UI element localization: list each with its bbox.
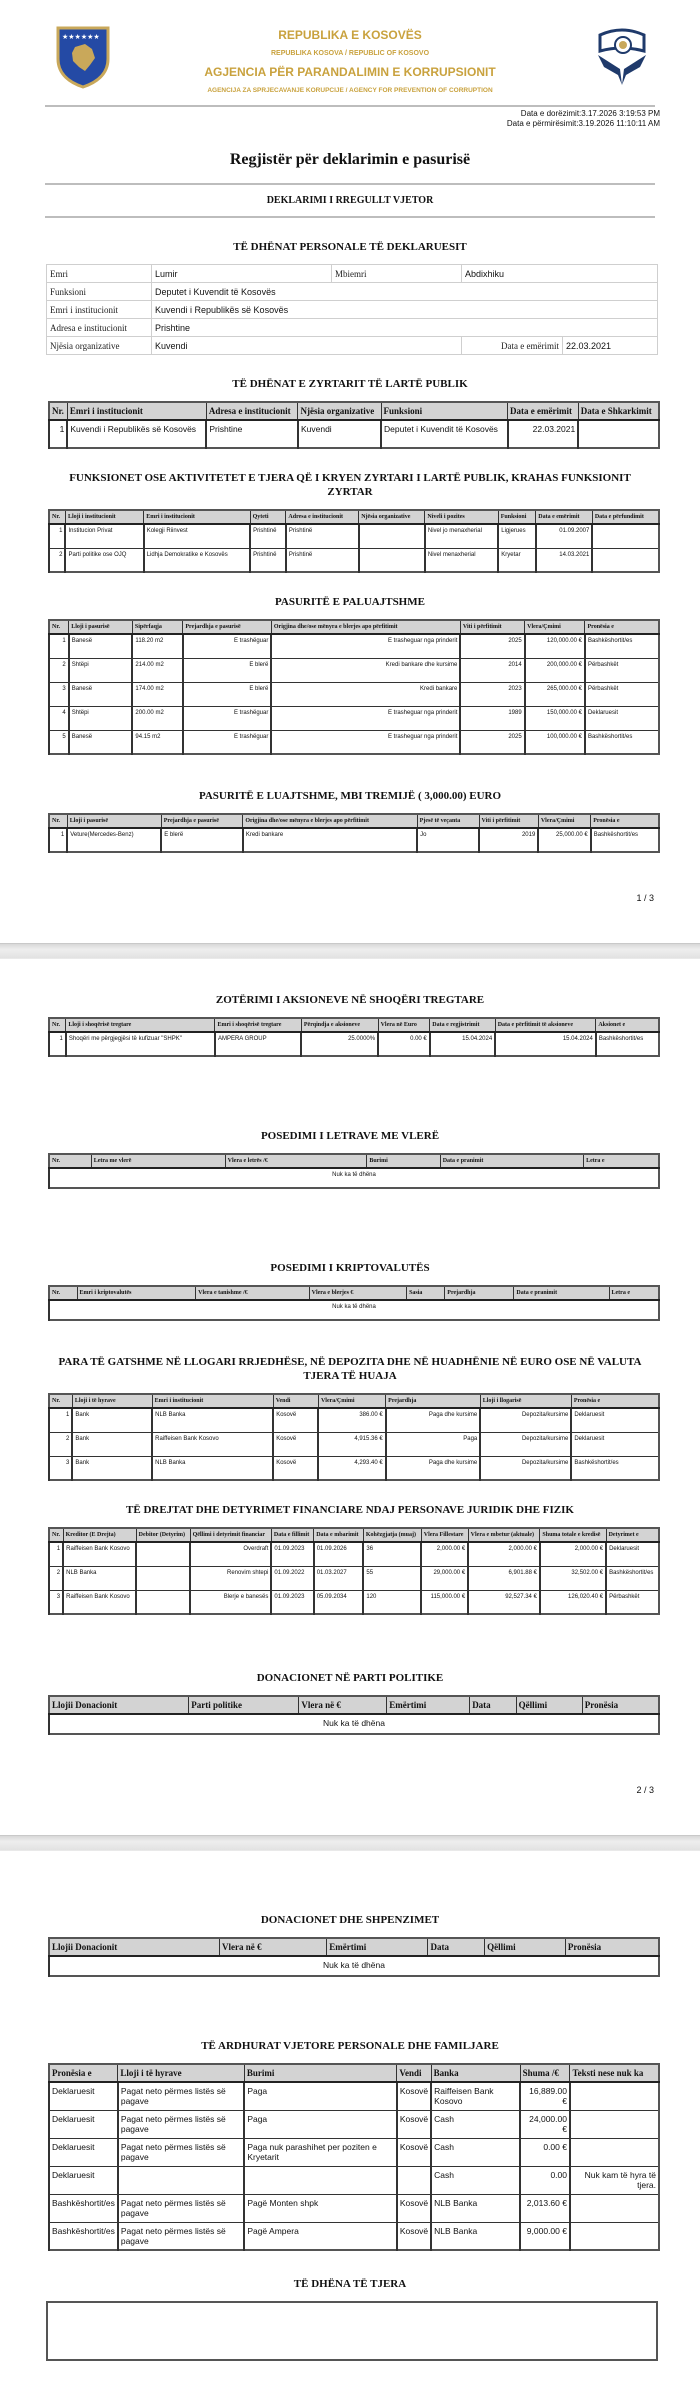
official-table: Nr.Emri i institucionitAdresa e instituc… — [48, 401, 660, 449]
table-row: 2Shtëpi214.00 m2E blerëKredi bankare dhe… — [49, 658, 659, 682]
table-cell: Shoqëri me përgjegjësi të kufizuar "SHPK… — [66, 1032, 215, 1056]
table-cell: 2,000.00 € — [421, 1542, 468, 1566]
table-cell: Lidhja Demokratike e Kosovës — [144, 548, 250, 572]
table-cell: 1 — [49, 634, 69, 658]
table-header-row: Nr.Emri i institucionitAdresa e instituc… — [49, 402, 659, 420]
column-header: Funksioni — [381, 402, 508, 420]
empty-row: Nuk ka të dhëna — [49, 1168, 659, 1188]
functions-title: FUNKSIONET OSE AKTIVITETET E TJERA QË I … — [50, 471, 650, 499]
column-header: Pronësia e — [585, 620, 659, 634]
table-cell — [570, 2138, 659, 2166]
address-value: Prishtine — [152, 319, 658, 337]
column-header: Viti i përfitimit — [479, 814, 538, 828]
empty-row: Nuk ka të dhëna — [49, 1956, 659, 1976]
crypto-title: POSEDIMI I KRIPTOVALUTËS — [50, 1261, 650, 1275]
table-cell: Shtëpi — [69, 706, 133, 730]
column-header: Data e pranimit — [514, 1286, 609, 1300]
table-cell: 24,000.00 € — [520, 2110, 570, 2138]
column-header: Qëllimi — [516, 1696, 582, 1714]
column-header: Banka — [431, 2064, 520, 2082]
table-row: DeklaruesitPagat neto përmes listës së p… — [49, 2110, 659, 2138]
table-cell: 5 — [49, 730, 69, 754]
table-header-row: Pronësia eLloji i të hyraveBurimiVendiBa… — [49, 2064, 659, 2082]
document-header: ★★★★★★ REPUBLIKA E KOSOVËS REPUBLIKA KOS… — [0, 0, 700, 105]
table-cell: NLB Banka — [431, 2194, 520, 2222]
table-cell: 1 — [49, 524, 65, 548]
table-cell: Deklaruesit — [49, 2166, 118, 2194]
table-row: DeklaruesitPagat neto përmes listës së p… — [49, 2138, 659, 2166]
table-cell: AMPERA GROUP — [215, 1032, 301, 1056]
table-cell: 01.09.2026 — [314, 1542, 364, 1566]
table-cell: Pagat neto përmes listës së pagave — [118, 2082, 244, 2110]
table-row: 3Raiffeisen Bank KosovoBlerje e banesës0… — [49, 1590, 659, 1614]
column-header: Vendi — [397, 2064, 431, 2082]
table-cell: Kolegji Riinvest — [144, 524, 250, 548]
function-value: Deputet i Kuvendit të Kosovës — [152, 283, 658, 301]
functions-table: Nr.Lloji i institucionitEmri i instituci… — [48, 509, 660, 573]
table-cell: 01.03.2027 — [314, 1566, 364, 1590]
column-header: Debitor (Detyrim) — [136, 1528, 190, 1542]
other-data-box — [46, 2301, 658, 2361]
table-cell — [570, 2222, 659, 2250]
table-cell: Raiffeisen Bank Kosovo — [431, 2082, 520, 2110]
personal-data-title: TË DHËNAT PERSONALE TË DEKLARUESIT — [50, 240, 650, 254]
party-donations-table: Llojii DonacionitParti politikeVlera në … — [48, 1695, 660, 1735]
column-header: Nr. — [49, 510, 65, 524]
table-row: 5Banesë94.15 m2E trashëguarE trasheguar … — [49, 730, 659, 754]
table-row: Bashkëshortit/esPagat neto përmes listës… — [49, 2222, 659, 2250]
table-cell: 1 — [49, 1408, 72, 1432]
table-cell: Pagë Ampera — [244, 2222, 397, 2250]
table-cell: Bashkëshortit/es — [591, 828, 659, 852]
column-header: Llojii Donacionit — [49, 1696, 189, 1714]
column-header: Lloji i të hyrave — [118, 2064, 244, 2082]
liabilities-table: Nr.Kreditor (E Drejta)Debitor (Detyrim)Q… — [48, 1527, 660, 1615]
page-1: ★★★★★★ REPUBLIKA E KOSOVËS REPUBLIKA KOS… — [0, 0, 700, 943]
column-header: Data e regjistrimit — [430, 1018, 495, 1032]
column-header: Vlera në € — [220, 1938, 327, 1956]
table-cell: 22.03.2021 — [508, 420, 579, 448]
table-cell: Kosovë — [397, 2110, 431, 2138]
table-cell: Pagat neto përmes listës së pagave — [118, 2222, 244, 2250]
crypto-table: Nr.Emri i kriptovalutësVlera e tanishme … — [48, 1285, 660, 1321]
column-header: Vlera e tanishme /€ — [196, 1286, 309, 1300]
table-row: 1BankNLB BankaKosovë386.00 €Paga dhe kur… — [49, 1408, 659, 1432]
column-header: Detyrimet e — [606, 1528, 659, 1542]
table-cell: Paga dhe kursime — [386, 1408, 481, 1432]
table-cell: 118.20 m2 — [132, 634, 182, 658]
function-label: Funksioni — [47, 283, 152, 301]
table-cell: Prishtinë — [286, 524, 359, 548]
column-header: Data — [428, 1938, 485, 1956]
table-cell: 126,020.40 € — [540, 1590, 606, 1614]
column-header: Vlera në Euro — [378, 1018, 430, 1032]
table-cell: Bashkëshortit/es — [606, 1566, 659, 1590]
table-cell: 36 — [363, 1542, 421, 1566]
table-cell: Banesë — [69, 682, 133, 706]
name-label: Emri — [47, 265, 152, 283]
unit-label: Njësia organizative — [47, 337, 152, 355]
table-cell: Kosovë — [397, 2082, 431, 2110]
column-header: Nr. — [49, 814, 67, 828]
column-header: Nr. — [49, 1018, 66, 1032]
table-cell: Cash — [431, 2110, 520, 2138]
table-header-row: Nr.Lloji i shoqërisë tregtareEmri i shoq… — [49, 1018, 659, 1032]
column-header: Vlera në € — [299, 1696, 387, 1714]
column-header: Qyteti — [250, 510, 286, 524]
securities-title: POSEDIMI I LETRAVE ME VLERË — [50, 1129, 650, 1143]
table-cell — [359, 524, 425, 548]
column-header: Pronësia — [582, 1696, 659, 1714]
surname-value: Abdixhiku — [462, 265, 658, 283]
empty-row: Nuk ka të dhëna — [49, 1714, 659, 1734]
table-cell: 55 — [363, 1566, 421, 1590]
table-cell: Deklaruesit — [585, 706, 659, 730]
table-cell — [136, 1542, 190, 1566]
table-cell — [397, 2166, 431, 2194]
column-header: Vlera e blerjes € — [309, 1286, 406, 1300]
table-cell: 2,013.60 € — [520, 2194, 570, 2222]
table-cell: 2025 — [460, 730, 524, 754]
table-cell: 200,000.00 € — [525, 658, 585, 682]
table-cell: E blerë — [183, 658, 271, 682]
table-cell: Prishtinë — [250, 548, 286, 572]
column-header: Nr. — [49, 1154, 91, 1168]
table-cell: 2,000.00 € — [468, 1542, 540, 1566]
table-cell: Pagat neto përmes listës së pagave — [118, 2110, 244, 2138]
table-cell: Bank — [72, 1432, 152, 1456]
table-cell: Pagat neto përmes listës së pagave — [118, 2194, 244, 2222]
table-cell: 01.09.2023 — [271, 1590, 313, 1614]
table-cell: Bashkëshortit/es — [571, 1456, 659, 1480]
table-cell: Raiffeisen Bank Kosovo — [152, 1432, 273, 1456]
personal-data-table: Emri Lumir Mbiemri Abdixhiku Funksioni D… — [46, 264, 658, 355]
table-cell: Pagë Monten shpk — [244, 2194, 397, 2222]
table-cell: 0.00 € — [378, 1032, 430, 1056]
table-cell: 100,000.00 € — [525, 730, 585, 754]
column-header: Data e përfundimit — [592, 510, 659, 524]
table-cell: Paga dhe kursime — [386, 1456, 481, 1480]
table-cell: 2023 — [460, 682, 524, 706]
column-header: Data e pranimit — [440, 1154, 583, 1168]
shares-title: ZOTËRIMI I AKSIONEVE NË SHOQËRI TREGTARE — [50, 993, 650, 1007]
column-header: Lloji i pasurisë — [69, 620, 133, 634]
column-header: Letra e — [584, 1154, 659, 1168]
table-cell: Kosovë — [397, 2222, 431, 2250]
column-header: Data e përfitimit të aksioneve — [495, 1018, 596, 1032]
column-header: Përqindja e aksioneve — [301, 1018, 378, 1032]
table-row: 1Kuvendi i Republikës së KosovësPrishtin… — [49, 420, 659, 448]
table-cell: Ligjerues — [498, 524, 536, 548]
table-cell: 1 — [49, 828, 67, 852]
page-title: Regjistër për deklarimin e pasurisë — [0, 151, 700, 169]
table-cell: 1 — [49, 1032, 66, 1056]
table-cell: Kosovë — [273, 1408, 318, 1432]
table-cell — [592, 548, 659, 572]
table-cell: Paga — [244, 2110, 397, 2138]
column-header: Pronësia e — [591, 814, 659, 828]
unit-value: Kuvendi — [152, 337, 462, 355]
table-cell: 4 — [49, 706, 69, 730]
table-cell — [570, 2082, 659, 2110]
column-header: Data e mbarimit — [314, 1528, 364, 1542]
table-cell — [570, 2110, 659, 2138]
column-header: Shuma totale e kredisë — [540, 1528, 606, 1542]
table-cell: 14.03.2021 — [536, 548, 593, 572]
table-cell: 94.15 m2 — [132, 730, 182, 754]
column-header: Kohëzgjatja (muaj) — [363, 1528, 421, 1542]
column-header: Emri i shoqërisë tregtare — [215, 1018, 301, 1032]
column-header: Parti politike — [189, 1696, 299, 1714]
table-row: 2BankRaiffeisen Bank KosovoKosovë4,915.3… — [49, 1432, 659, 1456]
cash-title: PARA TË GATSHME NË LLOGARI RRJEDHËSE, NË… — [50, 1355, 650, 1383]
table-cell: Deklaruesit — [49, 2138, 118, 2166]
institution-label: Emri i institucionit — [47, 301, 152, 319]
table-cell: Deklaruesit — [571, 1408, 659, 1432]
table-cell: Bashkëshortit/es — [49, 2222, 118, 2250]
column-header: Lloji i pasurisë — [67, 814, 161, 828]
table-header-row: Nr.Lloji i pasurisëPrejardhja e pasurisë… — [49, 814, 659, 828]
table-cell: Nuk kam të hyra të tjera. — [570, 2166, 659, 2194]
column-header: Prejardhja — [445, 1286, 514, 1300]
column-header: Burimi — [367, 1154, 440, 1168]
table-cell: E trasheguar nga prinderit — [271, 706, 460, 730]
address-label: Adresa e institucionit — [47, 319, 152, 337]
table-cell: 2 — [49, 658, 69, 682]
table-cell: 6,901.88 € — [468, 1566, 540, 1590]
table-cell: 01.09.2007 — [536, 524, 593, 548]
table-cell: 4,915.36 € — [318, 1432, 385, 1456]
column-header: Aksionet e — [596, 1018, 659, 1032]
table-cell: Kredi bankare — [243, 828, 417, 852]
table-cell: 115,000.00 € — [421, 1590, 468, 1614]
table-cell: Përbashkët — [585, 682, 659, 706]
column-header: Vlera e mbetur (aktuale) — [468, 1528, 540, 1542]
table-header-row: Nr.Emri i kriptovalutësVlera e tanishme … — [49, 1286, 659, 1300]
declaration-type: DEKLARIMI I RREGULLT VJETOR — [0, 195, 700, 206]
column-header: Sipërfaqja — [132, 620, 182, 634]
column-header: Nr. — [49, 1286, 77, 1300]
table-cell: Blerje e banesës — [190, 1590, 271, 1614]
no-data-message: Nuk ka të dhëna — [49, 1956, 659, 1976]
other-data-title: TË DHËNA TË TJERA — [50, 2277, 650, 2291]
table-cell: Depozita/kursime — [480, 1408, 571, 1432]
table-cell — [592, 524, 659, 548]
appointment-date-value: 22.03.2021 — [563, 337, 658, 355]
column-header: Origjina dhe/ose mënyra e blerjes apo pë… — [243, 814, 417, 828]
improvement-date: Data e përmirësimit:3.19.2026 11:10:11 A… — [0, 119, 660, 129]
table-cell: 25,000.00 € — [538, 828, 590, 852]
table-cell: 92,527.34 € — [468, 1590, 540, 1614]
table-cell: Kuvendi i Republikës së Kosovës — [67, 420, 206, 448]
table-cell: 0.00 € — [520, 2138, 570, 2166]
column-header: Pronësia e — [49, 2064, 118, 2082]
page-3: DONACIONET DHE SHPENZIMET Llojii Donacio… — [0, 1851, 700, 2391]
table-row: 1Shoqëri me përgjegjësi të kufizuar "SHP… — [49, 1032, 659, 1056]
table-cell: 265,000.00 € — [525, 682, 585, 706]
column-header: Lloji i shoqërisë tregtare — [66, 1018, 215, 1032]
table-cell: 200.00 m2 — [132, 706, 182, 730]
table-cell: 2,000.00 € — [540, 1542, 606, 1566]
table-cell: NLB Banka — [152, 1408, 273, 1432]
column-header: Sasia — [407, 1286, 445, 1300]
agency-eagle-logo-icon — [590, 25, 654, 89]
column-header: Qëllimi i detyrimit financiar — [190, 1528, 271, 1542]
name-value: Lumir — [152, 265, 332, 283]
column-header: Kreditor (E Drejta) — [63, 1528, 136, 1542]
table-cell — [118, 2166, 244, 2194]
table-cell: Raiffeisen Bank Kosovo — [63, 1542, 136, 1566]
table-cell: Bashkëshortit/es — [585, 730, 659, 754]
table-cell: Banesë — [69, 730, 133, 754]
table-cell: Kredi bankare dhe kursime — [271, 658, 460, 682]
table-cell: Nivel menaxherial — [425, 548, 498, 572]
table-header-row: Nr.Lloji i pasurisëSipërfaqjaPrejardhja … — [49, 620, 659, 634]
appointment-date-label: Data e emërimit — [462, 337, 563, 355]
table-cell: 15.04.2024 — [495, 1032, 596, 1056]
table-cell: Paga nuk parashihet per poziten e Kryeta… — [244, 2138, 397, 2166]
table-cell: Kosovë — [273, 1456, 318, 1480]
table-cell: Bashkëshortit/es — [596, 1032, 659, 1056]
movable-title: PASURITË E LUAJTSHME, MBI TREMIJË ( 3,00… — [50, 789, 650, 803]
cash-table: Nr.Lloji i të hyraveEmri i institucionit… — [48, 1393, 660, 1481]
party-donations-title: DONACIONET NË PARTI POLITIKE — [50, 1671, 650, 1685]
column-header: Prejardhja e pasurisë — [183, 620, 271, 634]
table-cell: 120 — [363, 1590, 421, 1614]
table-cell: 1 — [49, 1542, 63, 1566]
donations-table: Llojii DonacionitVlera në €EmërtimiDataQ… — [48, 1937, 660, 1977]
securities-table: Nr.Letra me vlerëVlera e letrës /€Burimi… — [48, 1153, 660, 1189]
table-cell: 25.0000% — [301, 1032, 378, 1056]
column-header: Data e emërimit — [536, 510, 593, 524]
column-header: Vlera/Çmimi — [538, 814, 590, 828]
column-header: Vlera/Çmimi — [318, 1394, 385, 1408]
table-cell: Prishtinë — [286, 548, 359, 572]
table-cell: Deklaruesit — [49, 2082, 118, 2110]
column-header: Vendi — [273, 1394, 318, 1408]
table-cell: Kryetar — [498, 548, 536, 572]
column-header: Data e emërimit — [508, 402, 579, 420]
table-cell: Përbashkët — [606, 1590, 659, 1614]
column-header: Njësia organizative — [359, 510, 425, 524]
table-row: 3Banesë174.00 m2E blerëKredi bankare2023… — [49, 682, 659, 706]
column-header: Emërtimi — [387, 1696, 470, 1714]
table-cell: 2 — [49, 1432, 72, 1456]
table-cell — [578, 420, 659, 448]
column-header: Prejardhja — [386, 1394, 481, 1408]
table-cell: 4,293.40 € — [318, 1456, 385, 1480]
table-header-row: Nr.Lloji i të hyraveEmri i institucionit… — [49, 1394, 659, 1408]
table-row: 3BankNLB BankaKosovë4,293.40 €Paga dhe k… — [49, 1456, 659, 1480]
column-header: Lloji i institucionit — [65, 510, 143, 524]
table-cell: Institucion Privat — [65, 524, 143, 548]
table-cell: Banesë — [69, 634, 133, 658]
column-header: Vlera/Çmimi — [525, 620, 585, 634]
table-cell: Përbashkët — [585, 658, 659, 682]
movable-table: Nr.Lloji i pasurisëPrejardhja e pasurisë… — [48, 813, 660, 853]
column-header: Emri i institucionit — [144, 510, 250, 524]
table-cell: Pagat neto përmes listës së pagave — [118, 2138, 244, 2166]
page-separator — [0, 943, 700, 959]
table-cell: 32,502.00 € — [540, 1566, 606, 1590]
table-cell: 2 — [49, 1566, 63, 1590]
no-data-message: Nuk ka të dhëna — [49, 1300, 659, 1320]
table-row: 1Banesë118.20 m2E trashëguarE trasheguar… — [49, 634, 659, 658]
table-row: 2Parti politike ose OJQLidhja Demokratik… — [49, 548, 659, 572]
table-cell: Bashkëshortit/es — [585, 634, 659, 658]
table-cell: Paga — [386, 1432, 481, 1456]
table-cell: 386.00 € — [318, 1408, 385, 1432]
table-cell: 3 — [49, 682, 69, 706]
table-row: 2NLB BankaRenovim shtepi01.09.202201.03.… — [49, 1566, 659, 1590]
table-cell: Kosovë — [273, 1432, 318, 1456]
column-header: Lloji i llogarisë — [480, 1394, 571, 1408]
table-row: 1Institucion PrivatKolegji RiinvestPrish… — [49, 524, 659, 548]
table-cell — [359, 548, 425, 572]
column-header: Qëllimi — [485, 1938, 566, 1956]
table-row: 4Shtëpi200.00 m2E trashëguarE trasheguar… — [49, 706, 659, 730]
table-cell — [570, 2194, 659, 2222]
table-cell: E trasheguar nga prinderit — [271, 634, 460, 658]
table-cell: 29,000.00 € — [421, 1566, 468, 1590]
table-cell: E trashëguar — [183, 634, 271, 658]
page-number: 2 / 3 — [0, 1785, 700, 1835]
table-cell: Paga — [244, 2082, 397, 2110]
table-cell: Jo — [417, 828, 479, 852]
column-header: Adresa e institucionit — [286, 510, 359, 524]
table-cell: 9,000.00 € — [520, 2222, 570, 2250]
column-header: Pronësia e — [571, 1394, 659, 1408]
table-cell — [136, 1590, 190, 1614]
table-header-row: Nr.Kreditor (E Drejta)Debitor (Detyrim)Q… — [49, 1528, 659, 1542]
table-cell: 3 — [49, 1590, 63, 1614]
shares-table: Nr.Lloji i shoqërisë tregtareEmri i shoq… — [48, 1017, 660, 1057]
table-cell: 214.00 m2 — [132, 658, 182, 682]
table-row: 1Veture(Mercedes-Benz)E blerëKredi banka… — [49, 828, 659, 852]
table-cell: E blerë — [183, 682, 271, 706]
table-cell: E trashëguar — [183, 730, 271, 754]
column-header: Emërtimi — [327, 1938, 428, 1956]
table-cell: Cash — [431, 2166, 520, 2194]
table-row: DeklaruesitPagat neto përmes listës së p… — [49, 2082, 659, 2110]
table-cell: Kuvendi — [298, 420, 381, 448]
table-cell: Bank — [72, 1456, 152, 1480]
table-row: 1Raiffeisen Bank KosovoOverdraft01.09.20… — [49, 1542, 659, 1566]
column-header: Vlera e letrës /€ — [225, 1154, 367, 1168]
no-data-message: Nuk ka të dhëna — [49, 1168, 659, 1188]
column-header: Vlera Fillestare — [421, 1528, 468, 1542]
column-header: Nr. — [49, 620, 69, 634]
table-cell: E trasheguar nga prinderit — [271, 730, 460, 754]
column-header: Emri i institucionit — [152, 1394, 273, 1408]
column-header: Adresa e institucionit — [206, 402, 298, 420]
column-header: Nr. — [49, 402, 67, 420]
page-separator — [0, 1835, 700, 1851]
immovable-table: Nr.Lloji i pasurisëSipërfaqjaPrejardhja … — [48, 619, 660, 755]
surname-label: Mbiemri — [332, 265, 462, 283]
column-header: Data e fillimit — [271, 1528, 313, 1542]
income-title: TË ARDHURAT VJETORE PERSONALE DHE FAMILJ… — [50, 2039, 650, 2053]
column-header: Njësia organizative — [298, 402, 381, 420]
table-cell: Parti politike ose OJQ — [65, 548, 143, 572]
table-cell: 2019 — [479, 828, 538, 852]
table-cell: Bank — [72, 1408, 152, 1432]
table-cell: Shtëpi — [69, 658, 133, 682]
table-cell: NLB Banka — [431, 2222, 520, 2250]
table-cell: Prishtinë — [250, 524, 286, 548]
column-header: Lloji i të hyrave — [72, 1394, 152, 1408]
table-cell: 2025 — [460, 634, 524, 658]
